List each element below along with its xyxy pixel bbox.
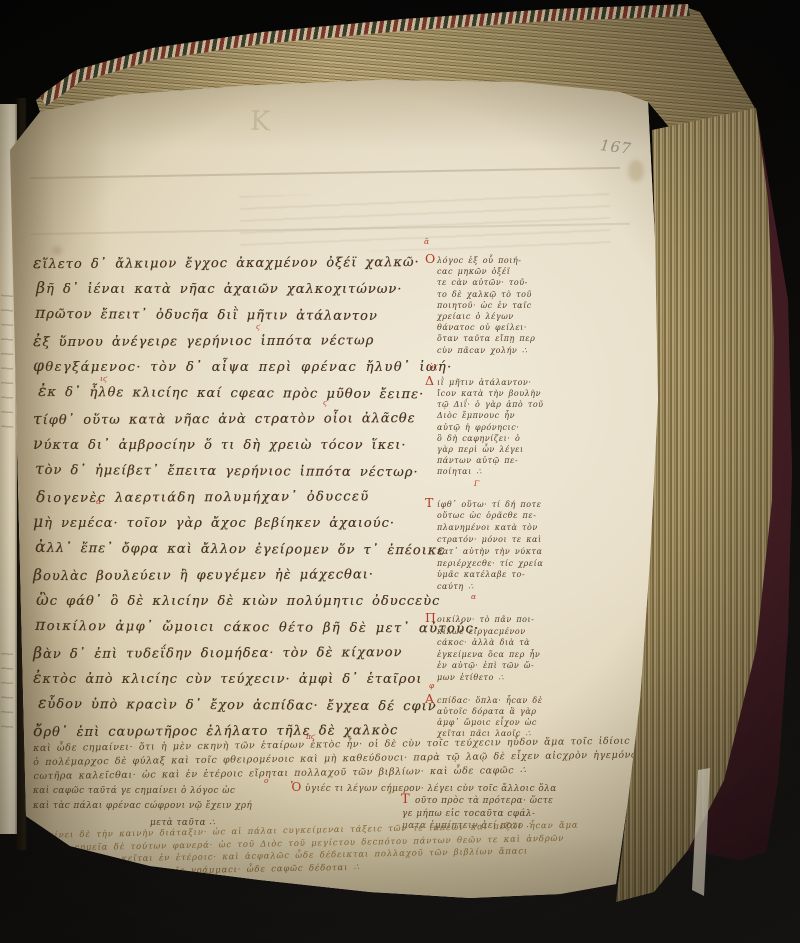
rubric-initial: Τ — [425, 497, 434, 509]
scholion-text: ίφθ᾽ οὕτω· τί δή ποτε οὕτωϲ ὡϲ ὁρᾶϲθε πε… — [437, 499, 556, 593]
iliad-verse: τίφθ᾽ οὕτω κατὰ νῆαϲ ἀνὰ ϲτρατὸν οἶοι ἀλ… — [33, 405, 431, 433]
iliad-verse: μὴ νεμέϲα· τοῖον γὰρ ἄχοϲ βεβίηκεν ἀχαιο… — [33, 510, 431, 536]
rubric-initial: Π — [425, 612, 436, 624]
book-letter: Κ — [249, 106, 270, 138]
scholion-text: ιῒ μῆτιν ἀτάλαντον· ἴϲον κατὰ τὴν βουλὴν… — [437, 377, 556, 478]
scholion-text: ϲπίδαϲ· ὅπλα· ἦϲαν δὲ αὐτοῖϲ δόρατα ἃ γὰ… — [437, 695, 556, 739]
scholion-text: λόγοϲ ἐξ οὗ ποιή- ϲαϲ μηκῶν ὀξέϊ τε ϲὰν … — [437, 255, 556, 356]
marginal-scholia-column: Ο λόγοϲ ἐξ οὗ ποιή- ϲαϲ μηκῶν ὀξέϊ τε ϲὰ… — [428, 255, 556, 760]
rubric-mark: Γ — [474, 479, 479, 488]
scholion-line: καὶ τὰϲ πάλαι φρέναϲ ϲώφρονι νῷ ἔχειν χρ… — [33, 801, 343, 811]
iliad-verse: βὰν δ᾽ ἐπὶ τυδεΐδην διομήδεα· τὸν δὲ κίχ… — [33, 639, 431, 667]
rubric-mark: ϛ — [256, 322, 260, 331]
rubric-mark: ἅ — [424, 237, 429, 246]
marginal-scholion: Τ ίφθ᾽ οὕτω· τί δή ποτε οὕτωϲ ὡϲ ὁρᾶϲθε … — [428, 499, 556, 593]
bottom-scholia-light-block: ϲημαίνει δὲ τὴν καινὴν διάταξιν· ὡϲ αἱ π… — [30, 819, 599, 880]
folio-number: 167 — [599, 136, 633, 158]
iliad-verse: τὸν δ᾽ ἠμείβετ᾽ ἔπειτα γερήνιοϲ ἱππότα ν… — [35, 457, 433, 485]
iliad-verse: νύκτα δι᾽ ἀμβροϲίην ὅ τι δὴ χρειὼ τόϲον … — [33, 432, 431, 458]
iliad-verse: βουλὰϲ βουλεύειν ἢ φευγέμεν ἠὲ μάχεϲθαι· — [33, 561, 431, 589]
iliad-verse: ὣϲ φάθ᾽ ὃ δὲ κλιϲίην δὲ κιὼν πολύμητιϲ ὀ… — [36, 588, 431, 614]
scholion-line: καὶ ϲαφῶϲ ταῦτά γε ϲημαίνει ὁ λόγοϲ ὡϲ — [33, 786, 291, 796]
rubric-mark: ὑϛ — [429, 362, 438, 371]
scholion-line: ὑγιέϲ τι λέγων ϲήμερον· λέγει ϲὺν τοῖϲ ἄ… — [305, 784, 595, 794]
iliad-verse: ἐκτὸϲ ἀπὸ κλιϲίηϲ ϲὺν τεύχεϲιν· ἀμφὶ δ᾽ … — [33, 666, 431, 692]
scholion-line: γε μήπω εἰϲ τοϲαῦτα ϲφάλ- — [402, 809, 592, 819]
scholion-line: οῦτο πρὸϲ τὰ πρότερα· ὥϲτε — [415, 796, 595, 806]
rubric-mark: φ — [429, 681, 434, 690]
iliad-verse: πρῶτον ἔπειτ᾽ ὀδυϲῆα διῒ μῆτιν ἀτάλαντον — [35, 301, 433, 329]
rubric-mark: ∗ — [387, 788, 392, 797]
iliad-verse: ἐξ ὕπνου ἀνέγειρε γερήνιοϲ ἱππότα νέϲτωρ — [33, 327, 431, 355]
facing-page-text-traces — [1, 290, 13, 440]
stain — [628, 160, 644, 182]
manuscript-page-photo: Κ 167 εἵλετο δ᾽ ἄλκιμον ἔγχοϲ ἀκαχμένον … — [0, 0, 800, 943]
iliad-verse: εἵλετο δ᾽ ἄλκιμον ἔγχοϲ ἀκαχμένον ὀξέϊ χ… — [33, 249, 431, 277]
marginal-scholion: Δ ιῒ μῆτιν ἀτάλαντον· ἴϲον κατὰ τὴν βουλ… — [428, 377, 556, 478]
rubric-mark: ϛ — [323, 398, 327, 407]
facing-page-text-traces — [1, 650, 13, 740]
iliad-text-column: εἵλετο δ᾽ ἄλκιμον ἔγχοϲ ἀκαχμένον ὀξέϊ χ… — [33, 250, 431, 744]
iliad-verse: ποικίλον ἀμφ᾽ ὤμοιϲι ϲάκοϲ θέτο βῆ δὲ με… — [35, 613, 433, 641]
crease-line — [30, 167, 620, 179]
rubric-mark: πϛ — [306, 732, 315, 741]
iliad-verse: ἀλλ᾽ ἕπε᾽ ὄφρα καὶ ἄλλον ἐγείρομεν ὅν τ᾽… — [35, 535, 433, 563]
rubric-mark: α — [471, 592, 476, 601]
rubric-initial: Ο — [425, 253, 436, 264]
bottom-scholia-block: καὶ ὧδε ϲημαίνει· ὅτι ἡ μὲν ϲκηνὴ τῶν ἑτ… — [33, 735, 595, 784]
iliad-verse: ἐκ δ᾽ ἦλθε κλιϲίηϲ καί ϲφεαϲ πρὸϲ μῦθον … — [38, 379, 433, 407]
iliad-verse: φθεγξάμενοϲ· τὸν δ᾽ αἶψα περὶ φρέναϲ ἤλυ… — [33, 354, 431, 380]
rubric-initial: Ὁ — [291, 780, 302, 794]
rubric-mark: ο — [264, 776, 269, 785]
rubric-mark: ιϛ — [100, 374, 107, 383]
rubric-mark: α — [96, 497, 101, 506]
iliad-verse: βῆ δ᾽ ἰέναι κατὰ νῆαϲ ἀχαιῶν χαλκοχιτώνω… — [36, 276, 431, 302]
rubric-initial: Α — [425, 693, 435, 704]
rubric-initial: Δ — [425, 375, 435, 386]
iliad-verse: εὗδον ὑπὸ κραϲὶν δ᾽ ἔχον ἀϲπίδαϲ· ἔγχεα … — [38, 691, 433, 719]
marginal-scholion: Α ϲπίδαϲ· ὅπλα· ἦϲαν δὲ αὐτοῖϲ δόρατα ἃ … — [428, 695, 556, 739]
marginal-scholion: Ο λόγοϲ ἐξ οὗ ποιή- ϲαϲ μηκῶν ὀξέϊ τε ϲὰ… — [428, 255, 556, 356]
scholion-text: οικίλον· τὸ πᾶν ποι- κίλωϲ εἰργαϲμένον ϲ… — [437, 614, 556, 683]
marginal-scholion: Π οικίλον· τὸ πᾶν ποι- κίλωϲ εἰργαϲμένον… — [428, 614, 556, 683]
rubric-initial: Τ — [401, 792, 410, 807]
